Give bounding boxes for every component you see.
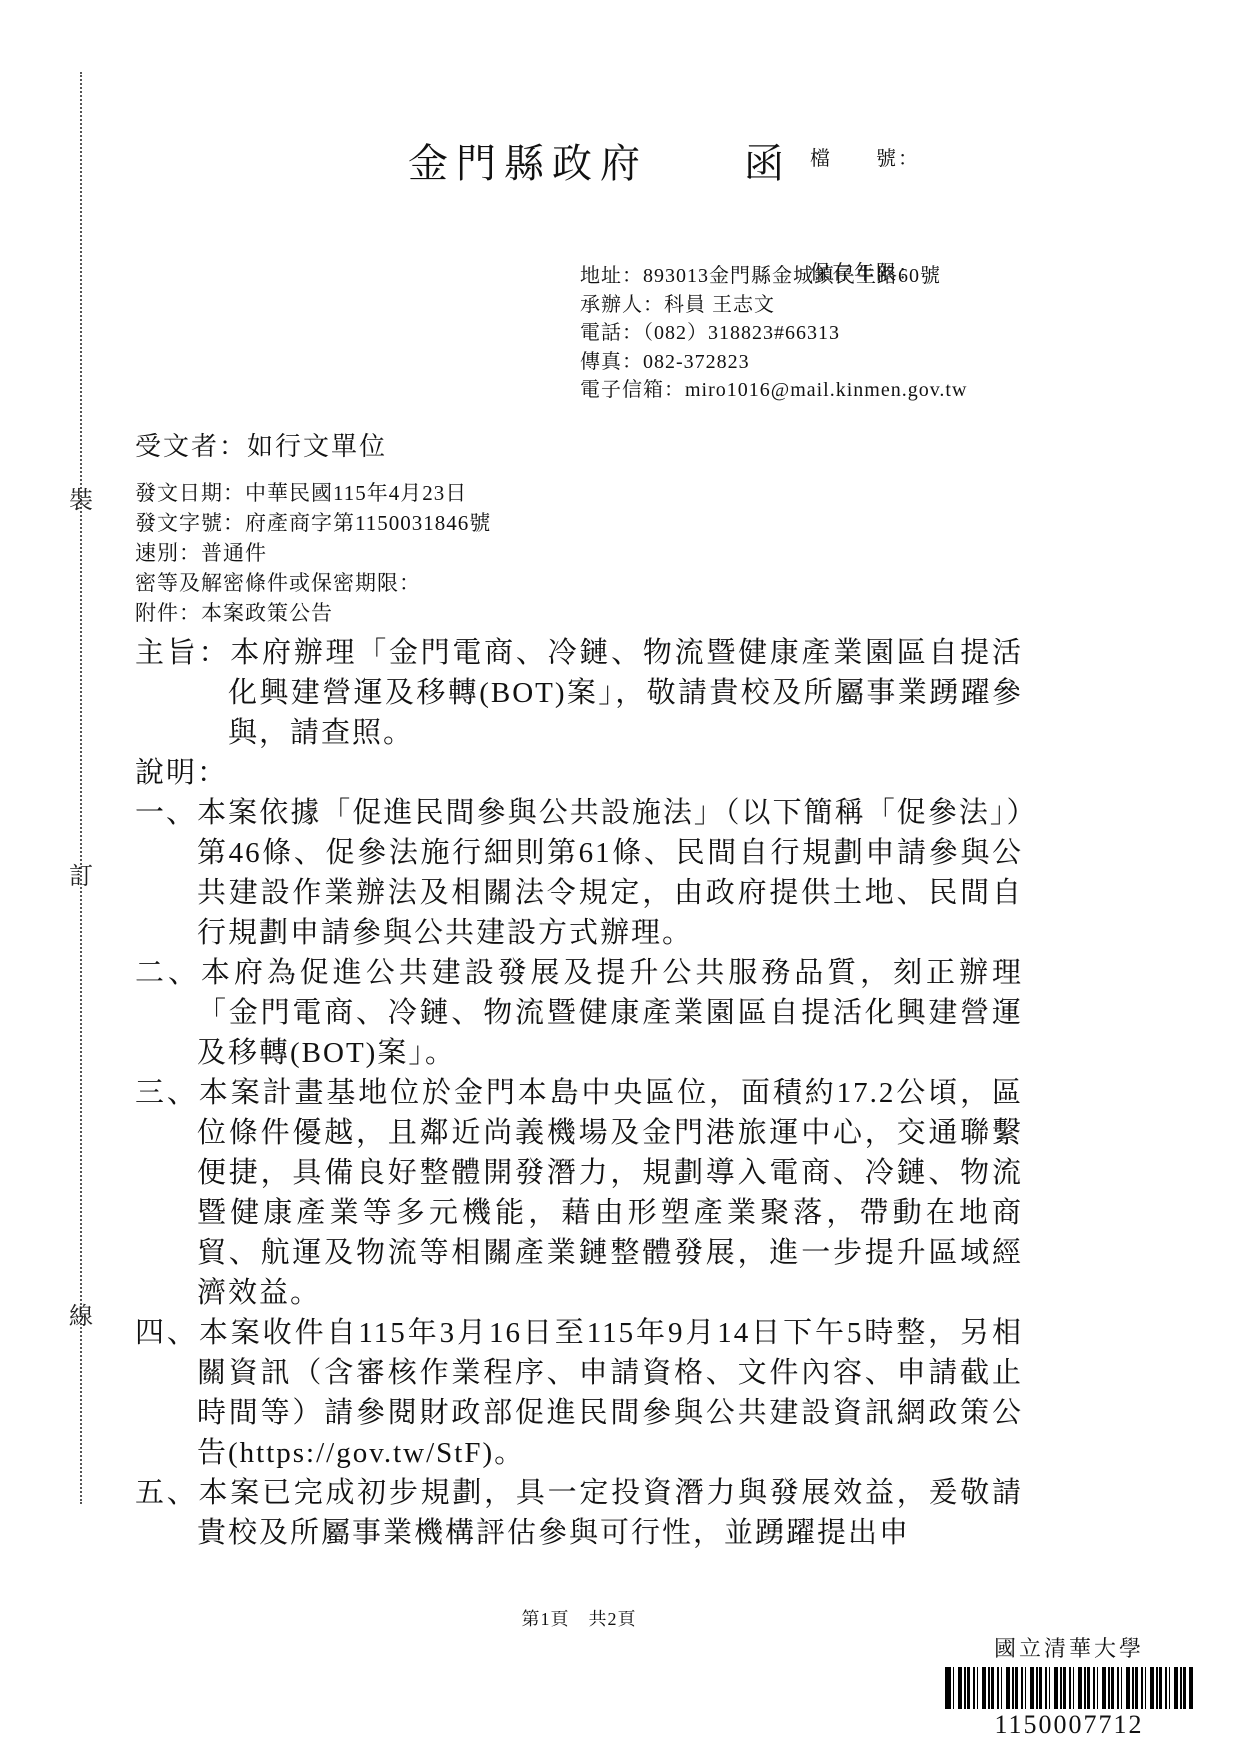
subject-text: 本府辦理「金門電商、冷鏈、物流暨健康產業園區自提活化興建營運及移轉(BOT)案」… <box>228 637 1023 749</box>
sender-info-block: 地址：893013金門縣金城鎮民生路60號 承辦人：科員 王志文 電話：（082… <box>580 262 967 405</box>
item-text: 本府為促進公共建設發展及提升公共服務品質，刻正辦理「金門電商、冷鏈、物流暨健康產… <box>197 957 1023 1069</box>
explanation-item-1: 一、本案依據「促進民間參與公共設施法」（以下簡稱「促參法」）第46條、促參法施行… <box>135 793 1023 953</box>
item-number: 三、 <box>135 1077 199 1109</box>
binding-mark-ding: 訂 <box>61 856 101 891</box>
item-text: 本案收件自115年3月16日至115年9月14日下午5時整，另相關資訊（含審核作… <box>197 1317 1023 1469</box>
binding-mark-xian: 線 <box>61 1296 101 1331</box>
stamp-university-name: 國立清華大學 <box>943 1632 1195 1663</box>
recipient-stamp-block: 國立清華大學 1150007712 <box>943 1632 1195 1740</box>
item-text: 本案已完成初步規劃，具一定投資潛力與發展效益，爰敬請貴校及所屬事業機構評估參與可… <box>197 1477 1023 1549</box>
subject-label: 主旨： <box>135 637 230 669</box>
subject-paragraph: 主旨：本府辦理「金門電商、冷鏈、物流暨健康產業園區自提活化興建營運及移轉(BOT… <box>135 633 1023 753</box>
sender-contact-person: 承辦人：科員 王志文 <box>580 291 967 320</box>
item-text: 本案計畫基地位於金門本島中央區位，面積約17.2公頃，區位條件優越，且鄰近尚義機… <box>197 1077 1023 1309</box>
attachment-line: 附件：本案政策公告 <box>135 598 491 628</box>
explanation-item-4: 四、本案收件自115年3月16日至115年9月14日下午5時整，另相關資訊（含審… <box>135 1313 1023 1473</box>
document-meta-block: 發文日期：中華民國115年4月23日 發文字號：府產商字第1150031846號… <box>135 478 491 628</box>
explanation-label: 說明： <box>135 753 1023 793</box>
barcode <box>945 1667 1193 1709</box>
letter-body: 主旨：本府辦理「金門電商、冷鏈、物流暨健康產業園區自提活化興建營運及移轉(BOT… <box>135 633 1023 1553</box>
classification-line: 密等及解密條件或保密期限： <box>135 568 491 598</box>
item-number: 一、 <box>135 797 197 829</box>
issue-date-line: 發文日期：中華民國115年4月23日 <box>135 478 491 508</box>
binding-dotted-line <box>80 72 82 1504</box>
sender-email: 電子信箱：miro1016@mail.kinmen.gov.tw <box>580 376 967 405</box>
sender-fax: 傳真：082-372823 <box>580 348 967 377</box>
item-number: 四、 <box>135 1317 199 1349</box>
item-number: 五、 <box>135 1477 198 1509</box>
explanation-item-3: 三、本案計畫基地位於金門本島中央區位，面積約17.2公頃，區位條件優越，且鄰近尚… <box>135 1073 1023 1313</box>
binding-mark-zhuang: 裝 <box>61 480 101 515</box>
item-number: 二、 <box>135 957 201 989</box>
official-letter-page: 裝 訂 線 檔 號： 保存年限： 金門縣政府 函 地址：893013金門縣金城鎮… <box>0 0 1240 1754</box>
page-number-footer: 第1頁 共2頁 <box>135 1605 1023 1631</box>
sender-address: 地址：893013金門縣金城鎮民生路60號 <box>580 262 967 291</box>
issue-number-line: 發文字號：府產商字第1150031846號 <box>135 508 491 538</box>
explanation-item-5: 五、本案已完成初步規劃，具一定投資潛力與發展效益，爰敬請貴校及所屬事業機構評估參… <box>135 1473 1023 1553</box>
barcode-number: 1150007712 <box>943 1710 1195 1740</box>
recipient-line: 受文者：如行文單位 <box>135 426 387 463</box>
priority-line: 速別：普通件 <box>135 538 491 568</box>
explanation-item-2: 二、本府為促進公共建設發展及提升公共服務品質，刻正辦理「金門電商、冷鏈、物流暨健… <box>135 953 1023 1073</box>
sender-phone: 電話：（082）318823#66313 <box>580 319 967 348</box>
item-text: 本案依據「促進民間參與公共設施法」（以下簡稱「促參法」）第46條、促參法施行細則… <box>197 797 1023 949</box>
document-title: 金門縣政府 函 <box>150 132 1050 189</box>
